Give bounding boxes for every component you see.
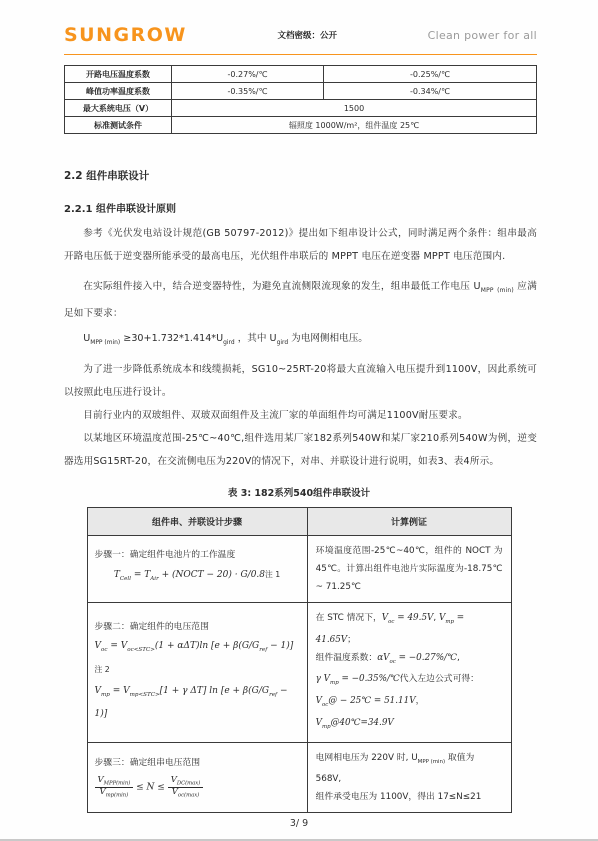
table-header-row: 组件串、并联设计步骤 计算例证	[87, 507, 511, 535]
step-cell: 步骤一：确定组件电池片的工作温度 TCell = TAir + (NOCT − …	[87, 535, 307, 602]
proof-cell: 电网相电压为 220V 时, UMPP (min) 取值为 568V,组件承受电…	[307, 742, 511, 813]
table-row: 步骤二：确定组件的电压范围 Voc = Voc<STC>(1 + αΔT)ln …	[87, 602, 511, 742]
table-row: 标准测试条件 辐照度 1000W/m²，组件温度 25℃	[65, 117, 537, 134]
spec-label: 峰值功率温度系数	[65, 83, 172, 100]
table-row: 最大系统电压（V） 1500	[65, 100, 537, 117]
spec-value: -0.27%/℃	[172, 66, 324, 83]
paragraph-design-standard: 参考《光伏发电站设计规范(GB 50797-2012)》提出如下组串设计公式，同…	[64, 222, 537, 268]
step-formula: Vmp = Vmp<STC>[1 + γ ΔT] ln [e + β(G/Gre…	[95, 682, 300, 724]
string-design-table: 组件串、并联设计步骤 计算例证 步骤一：确定组件电池片的工作温度 TCell =…	[87, 507, 512, 814]
sungrow-logo: SUNGROW	[64, 24, 187, 46]
step-formula: TCell = TAir + (NOCT − 20) · G/0.8注 1	[95, 565, 300, 589]
paragraph-1100v-design: 为了进一步降低系统成本和线缆损耗，SG10~25RT-20将最大直流输入电压提升…	[64, 358, 537, 404]
column-header-steps: 组件串、并联设计步骤	[87, 507, 307, 535]
step-formula: VMPP(min)Vmp(min) ≤ N ≤ VDC(max)Voc(max)	[95, 776, 300, 798]
section-heading-2-2: 2.2 组件串联设计	[64, 168, 537, 183]
proof-cell: 环境温度范围-25℃~40℃，组件的 NOCT 为45℃。计算出组件电池片实际温…	[307, 535, 511, 602]
page-header: SUNGROW 文档密级：公开 Clean power for all	[0, 0, 598, 46]
header-slogan: Clean power for all	[428, 29, 537, 42]
table-row: 开路电压温度系数 -0.27%/℃ -0.25%/℃	[65, 66, 537, 83]
step-title: 步骤一：确定组件电池片的工作温度	[95, 548, 300, 563]
table-row: 峰值功率温度系数 -0.35%/℃ -0.34%/℃	[65, 83, 537, 100]
step-cell: 步骤三：确定组串电压范围 VMPP(min)Vmp(min) ≤ N ≤ VDC…	[87, 742, 307, 813]
table-row: 步骤一：确定组件电池片的工作温度 TCell = TAir + (NOCT − …	[87, 535, 511, 602]
spec-value: 1500	[172, 100, 537, 117]
proof-cell: 在 STC 情况下，Voc = 49.5V, Vmp = 41.65V；组件温度…	[307, 602, 511, 742]
spec-value: -0.34%/℃	[324, 83, 537, 100]
paragraph-module-withstand: 目前行业内的双玻组件、双玻双面组件及主流厂家的单面组件均可满足1100V耐压要求…	[64, 404, 537, 427]
step-title: 步骤三：确定组串电压范围	[95, 756, 300, 771]
doc-classification: 文档密级：公开	[187, 29, 428, 41]
spec-label: 最大系统电压（V）	[65, 100, 172, 117]
page-number: 3/ 9	[0, 818, 598, 829]
step-cell: 步骤二：确定组件的电压范围 Voc = Voc<STC>(1 + αΔT)ln …	[87, 602, 307, 742]
paragraph-example-conditions: 以某地区环境温度范围-25℃~40℃,组件选用某厂家182系列540W和某厂家2…	[64, 427, 537, 473]
spec-label: 开路电压温度系数	[65, 66, 172, 83]
document-page: SUNGROW 文档密级：公开 Clean power for all 开路电压…	[0, 0, 598, 841]
spec-value: -0.25%/℃	[324, 66, 537, 83]
inline-formula-umpp: UMPP (min) ≥30+1.732*1.414*Ugird ，其中 Ugi…	[64, 327, 537, 354]
spec-label: 标准测试条件	[65, 117, 172, 134]
spec-value: 辐照度 1000W/m²，组件温度 25℃	[172, 117, 537, 134]
section-heading-2-2-1: 2.2.1 组件串联设计原则	[64, 200, 537, 215]
spec-value: -0.35%/℃	[172, 83, 324, 100]
header-rule	[64, 54, 537, 55]
column-header-proof: 计算例证	[307, 507, 511, 535]
paragraph-min-working-voltage: 在实际组件接入中，结合逆变器特性，为避免直流侧限流现象的发生，组串最低工作电压 …	[64, 275, 537, 325]
step-title: 步骤二：确定组件的电压范围	[95, 620, 300, 635]
table-row: 步骤三：确定组串电压范围 VMPP(min)Vmp(min) ≤ N ≤ VDC…	[87, 742, 511, 813]
module-spec-table: 开路电压温度系数 -0.27%/℃ -0.25%/℃ 峰值功率温度系数 -0.3…	[64, 65, 537, 134]
table3-caption: 表 3: 182系列540组件串联设计	[0, 485, 598, 499]
step-formula: Voc = Voc<STC>(1 + αΔT)ln [e + β(G/Gref …	[95, 637, 300, 680]
